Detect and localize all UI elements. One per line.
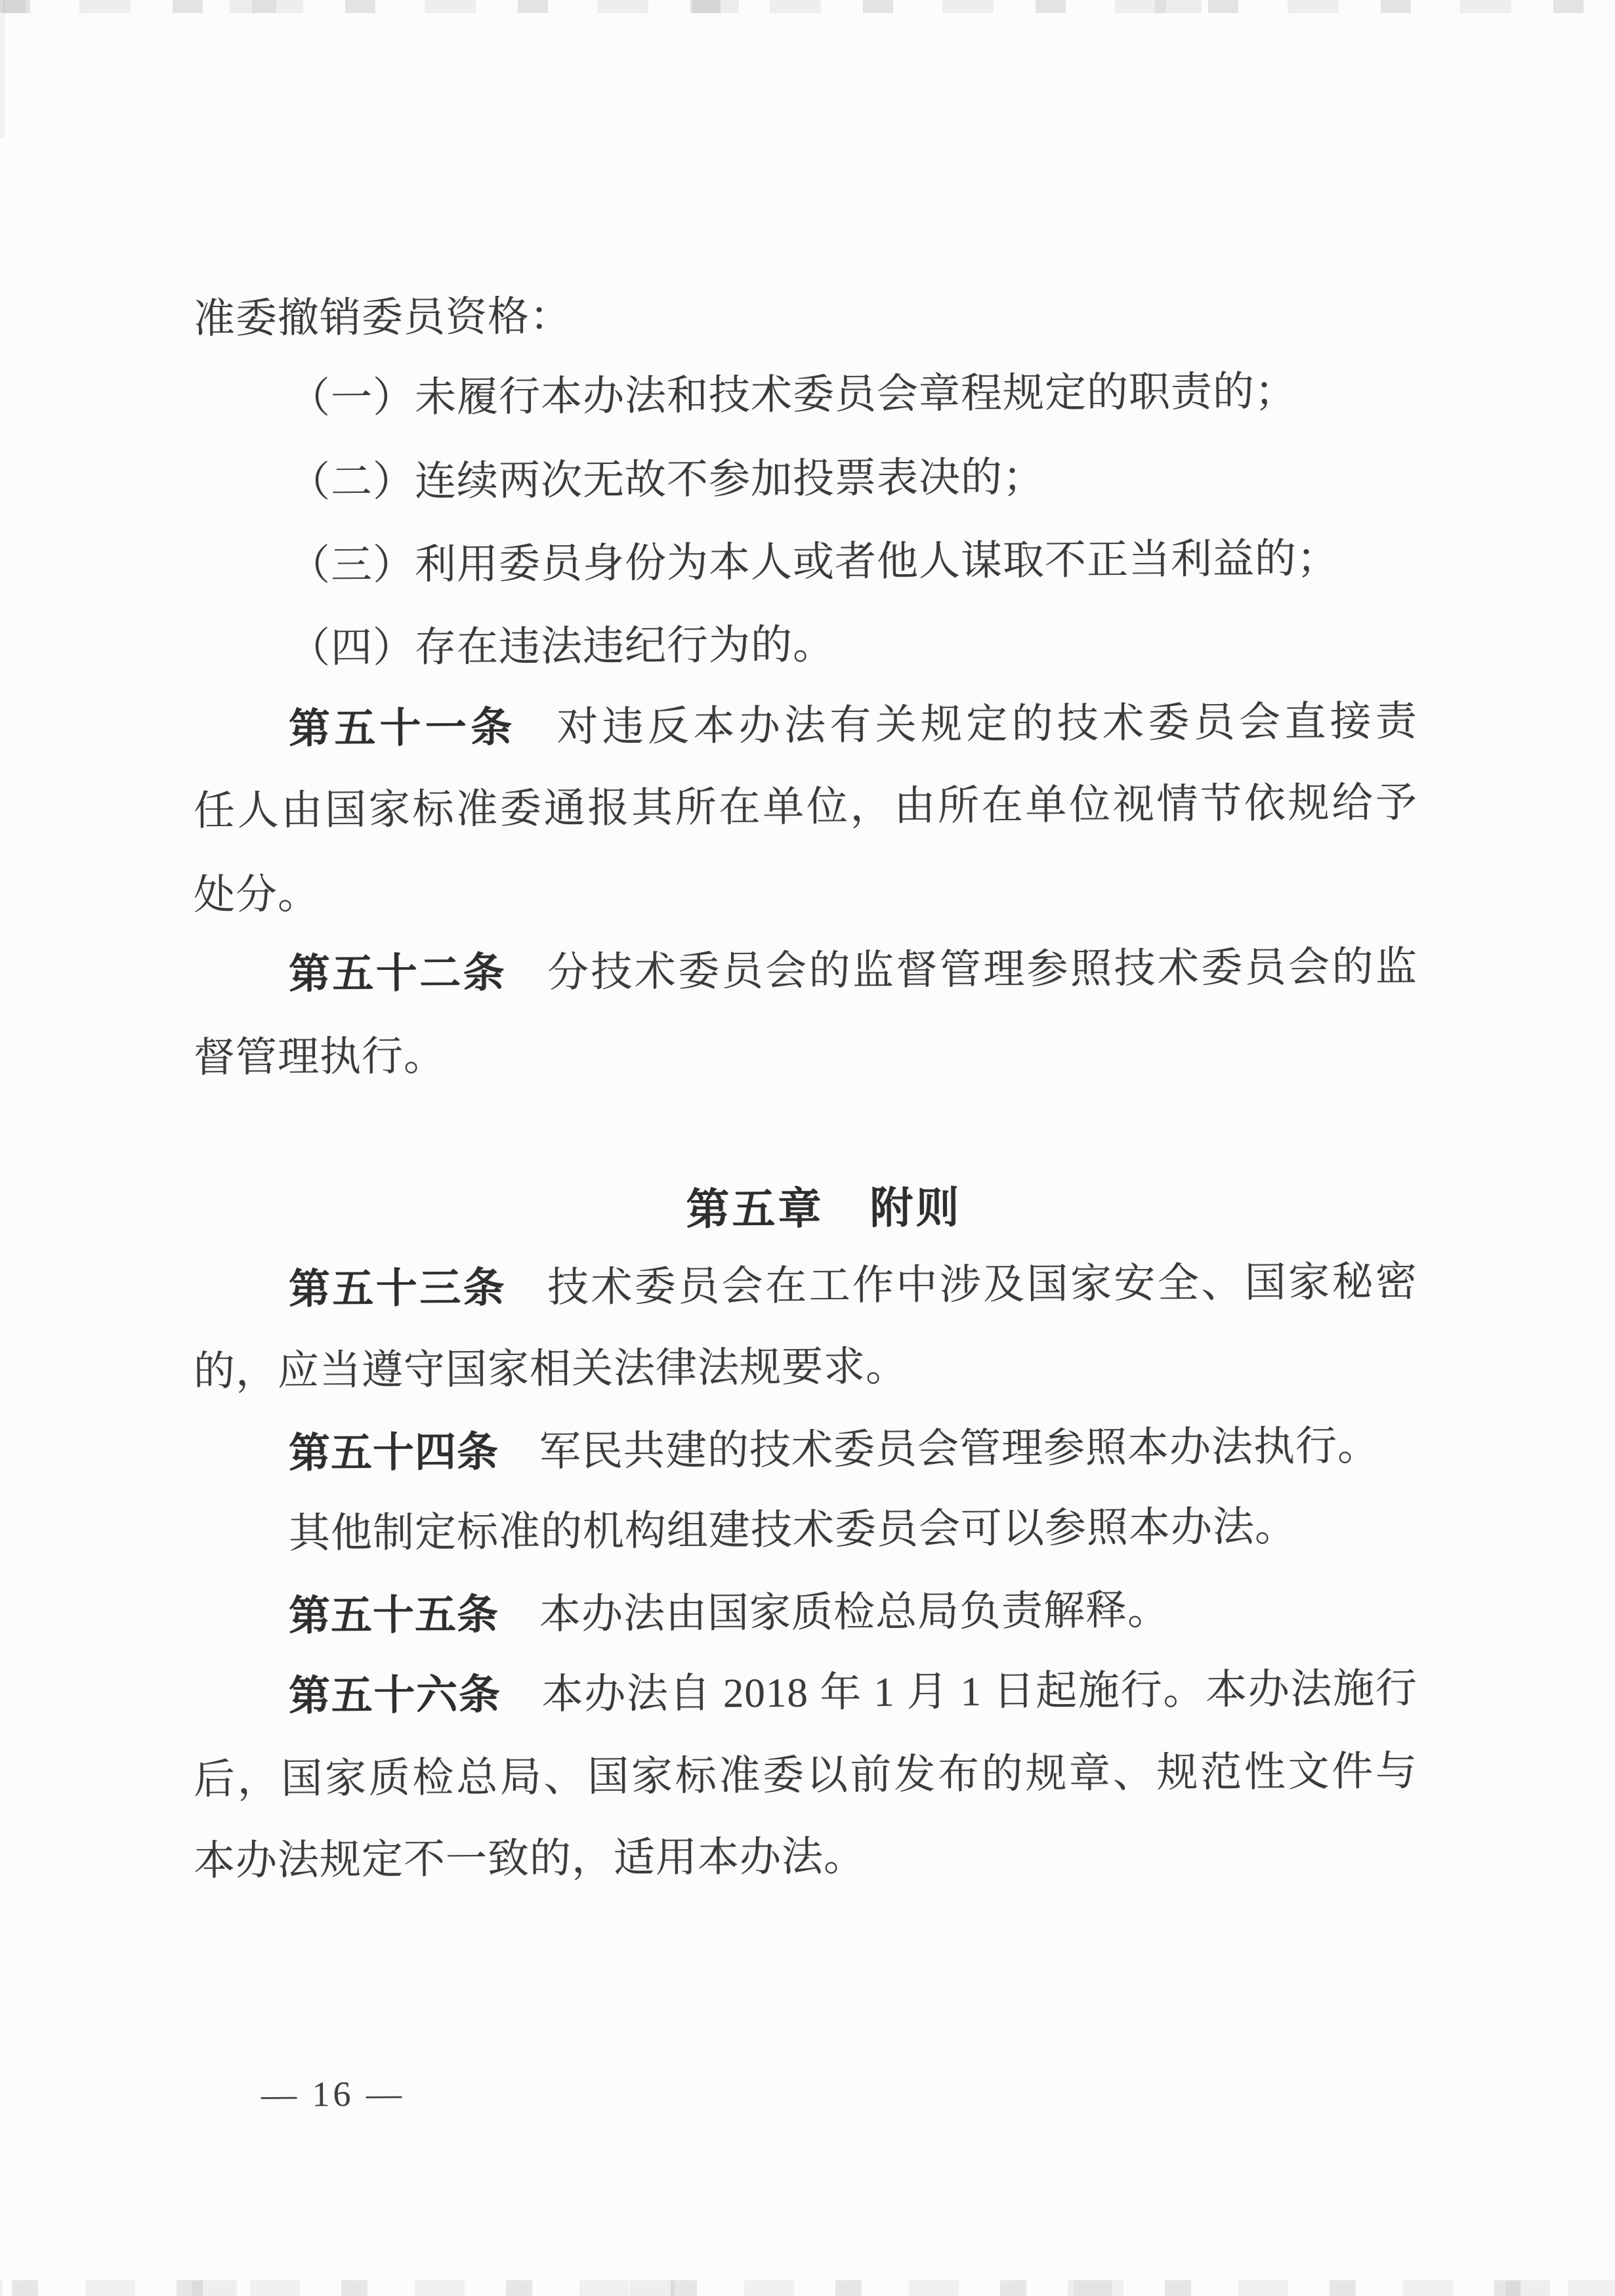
line-text: 本办法规定不一致的，适用本办法。 (194, 1833, 866, 1884)
chapter-heading: 第五章 附则 (212, 1180, 1436, 1239)
line-text: 其他制定标准的机构组建技术委员会可以参照本办法。 (289, 1503, 1297, 1556)
text-line: （二）连续两次无故不参加投票表决的； (194, 451, 1417, 507)
scan-artifact-left (0, 0, 5, 138)
text-line: 其他制定标准的机构组建技术委员会可以参照本办法。 (194, 1502, 1417, 1558)
text-line: （三）利用委员身份为本人或者他人谋取不正当利益的； (194, 534, 1417, 590)
scan-artifact-bottom (0, 2280, 1615, 2296)
text-line: （四）存在违法违纪行为的。 (194, 617, 1417, 673)
article-number: 第五十三条 (289, 1265, 507, 1312)
line-text: （四）存在违法违纪行为的。 (289, 621, 835, 671)
text-line: 第五十四条军民共建的技术委员会管理参照本办法执行。 (194, 1422, 1417, 1478)
text-line: 第五十六条本办法自 2018 年 1 月 1 日起施行。本办法施行 (194, 1665, 1417, 1721)
article-number: 第五十六条 (289, 1672, 501, 1719)
text-line: 第五十三条技术委员会在工作中涉及国家安全、国家秘密 (194, 1258, 1417, 1314)
line-text: 对违反本办法有关规定的技术委员会直接责 (556, 698, 1417, 750)
text-line: 后，国家质检总局、国家标准委以前发布的规章、规范性文件与 (194, 1747, 1417, 1803)
line-text: 本办法由国家质检总局负责解释。 (539, 1587, 1169, 1638)
line-text: 的，应当遵守国家相关法律法规要求。 (194, 1343, 908, 1394)
text-line: （一）未履行本办法和技术委员会章程规定的职责的； (194, 367, 1417, 423)
line-text: 军民共建的技术委员会管理参照本办法执行。 (539, 1423, 1379, 1474)
line-text: 后，国家质检总局、国家标准委以前发布的规章、规范性文件与 (194, 1748, 1417, 1803)
line-text: 督管理执行。 (194, 1033, 446, 1081)
text-line: 第五十一条对违反本办法有关规定的技术委员会直接责 (194, 698, 1417, 753)
line-text: 处分。 (194, 871, 320, 918)
text-line: 的，应当遵守国家相关法律法规要求。 (194, 1339, 1417, 1395)
document-page: 准委撤销委员资格： （一）未履行本办法和技术委员会章程规定的职责的； （二）连续… (0, 0, 1615, 2296)
article-number: 第五十二条 (289, 950, 507, 997)
line-text: 准委撤销委员资格： (194, 293, 572, 342)
line-text: 本办法自 2018 年 1 月 1 日起施行。本办法施行 (541, 1665, 1417, 1717)
text-line: 第五十二条分技术委员会的监督管理参照技术委员会的监 (194, 943, 1417, 999)
scan-artifact-top (0, 0, 1615, 13)
page-number: — 16 — (261, 2074, 405, 2114)
line-text: （三）利用委员身份为本人或者他人谋取不正当利益的； (289, 535, 1339, 589)
line-text: 技术委员会在工作中涉及国家安全、国家秘密 (547, 1259, 1417, 1310)
line-text: 任人由国家标准委通报其所在单位，由所在单位视情节依规给予 (194, 780, 1417, 834)
text-line: 处分。 (194, 863, 1417, 919)
text-line: 本办法规定不一致的，适用本办法。 (194, 1829, 1417, 1885)
text-line: 第五十五条本办法由国家质检总局负责解释。 (194, 1585, 1417, 1640)
article-number: 第五十四条 (289, 1429, 499, 1476)
text-line: 督管理执行。 (194, 1026, 1417, 1081)
text-line: 任人由国家标准委通报其所在单位，由所在单位视情节依规给予 (194, 779, 1417, 835)
line-text: 分技术委员会的监督管理参照技术委员会的监 (547, 944, 1417, 995)
article-number: 第五十五条 (289, 1592, 499, 1639)
line-text: （一）未履行本办法和技术委员会章程规定的职责的； (289, 368, 1297, 421)
line-text: （二）连续两次无故不参加投票表决的； (289, 454, 1045, 505)
article-number: 第五十一条 (289, 705, 516, 752)
text-line: 准委撤销委员资格： (194, 287, 1417, 343)
